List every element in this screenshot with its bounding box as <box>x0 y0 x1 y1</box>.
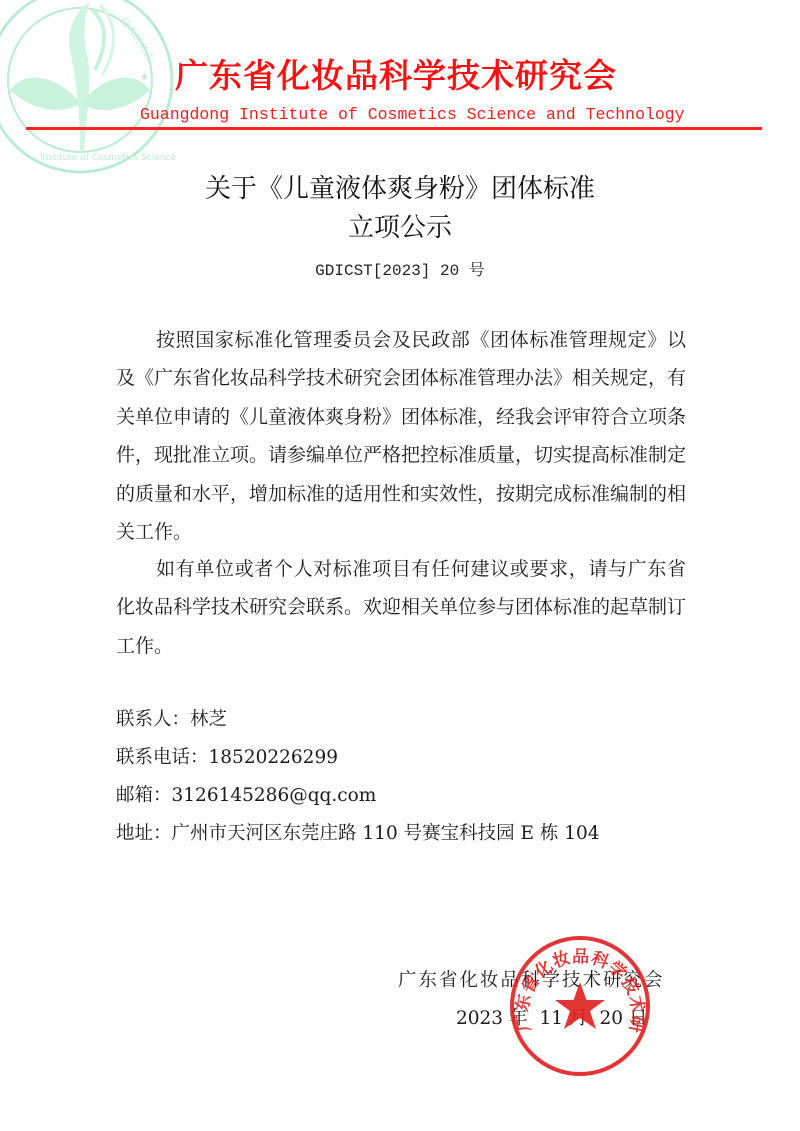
document-title-line2: 立项公示 <box>0 207 800 244</box>
contact-phone: 联系电话：18520226299 <box>116 743 338 769</box>
contact-address-label: 地址： <box>116 823 172 844</box>
svg-text:广东省化妆品科学技术研究会: 广东省化妆品科学技术研究会 <box>508 934 649 1035</box>
institute-logo-icon: Institute of Cosmetics Science and Techn… <box>0 0 180 180</box>
contact-email-value: 3126145286@qq.com <box>172 785 377 806</box>
seal-star-icon <box>555 982 605 1029</box>
contact-address: 地址：广州市天河区东莞庄路 110 号赛宝科技园 E 栋 104 <box>116 819 600 845</box>
contact-phone-value: 18520226299 <box>209 747 338 768</box>
document-number: GDICST[2023] 20 号 <box>0 257 800 280</box>
body-paragraph: 如有单位或者个人对标准项目有任何建议或要求，请与广东省化妆品科学技术研究会联系。… <box>116 550 686 665</box>
org-name-cn: 广东省化妆品科学技术研究会 <box>175 50 617 97</box>
seal-text: 广东省化妆品科学技术研究会 <box>508 934 649 1035</box>
official-seal-icon: 广东省化妆品科学技术研究会 <box>508 934 652 1078</box>
document-title-line1: 关于《儿童液体爽身粉》团体标准 <box>0 168 800 205</box>
contact-person-value: 林芝 <box>190 709 227 730</box>
body-paragraph: 按照国家标准化管理委员会及民政部《团体标准管理规定》以及《广东省化妆品科学技术研… <box>116 321 686 551</box>
org-name-en: Guangdong Institute of Cosmetics Science… <box>140 105 685 124</box>
contact-phone-label: 联系电话： <box>116 747 209 768</box>
logo-star-icon: ★ <box>140 72 149 83</box>
logo-ring-text: Institute of Cosmetics Science and Techn… <box>40 153 180 163</box>
contact-email-label: 邮箱： <box>116 785 172 806</box>
contact-person-label: 联系人： <box>116 709 190 730</box>
contact-person: 联系人：林芝 <box>116 705 227 731</box>
contact-address-value: 广州市天河区东莞庄路 110 号赛宝科技园 E 栋 104 <box>172 823 600 844</box>
contact-email: 邮箱：3126145286@qq.com <box>116 781 376 807</box>
header-divider <box>26 127 762 130</box>
date-year: 2023 <box>456 1008 503 1029</box>
